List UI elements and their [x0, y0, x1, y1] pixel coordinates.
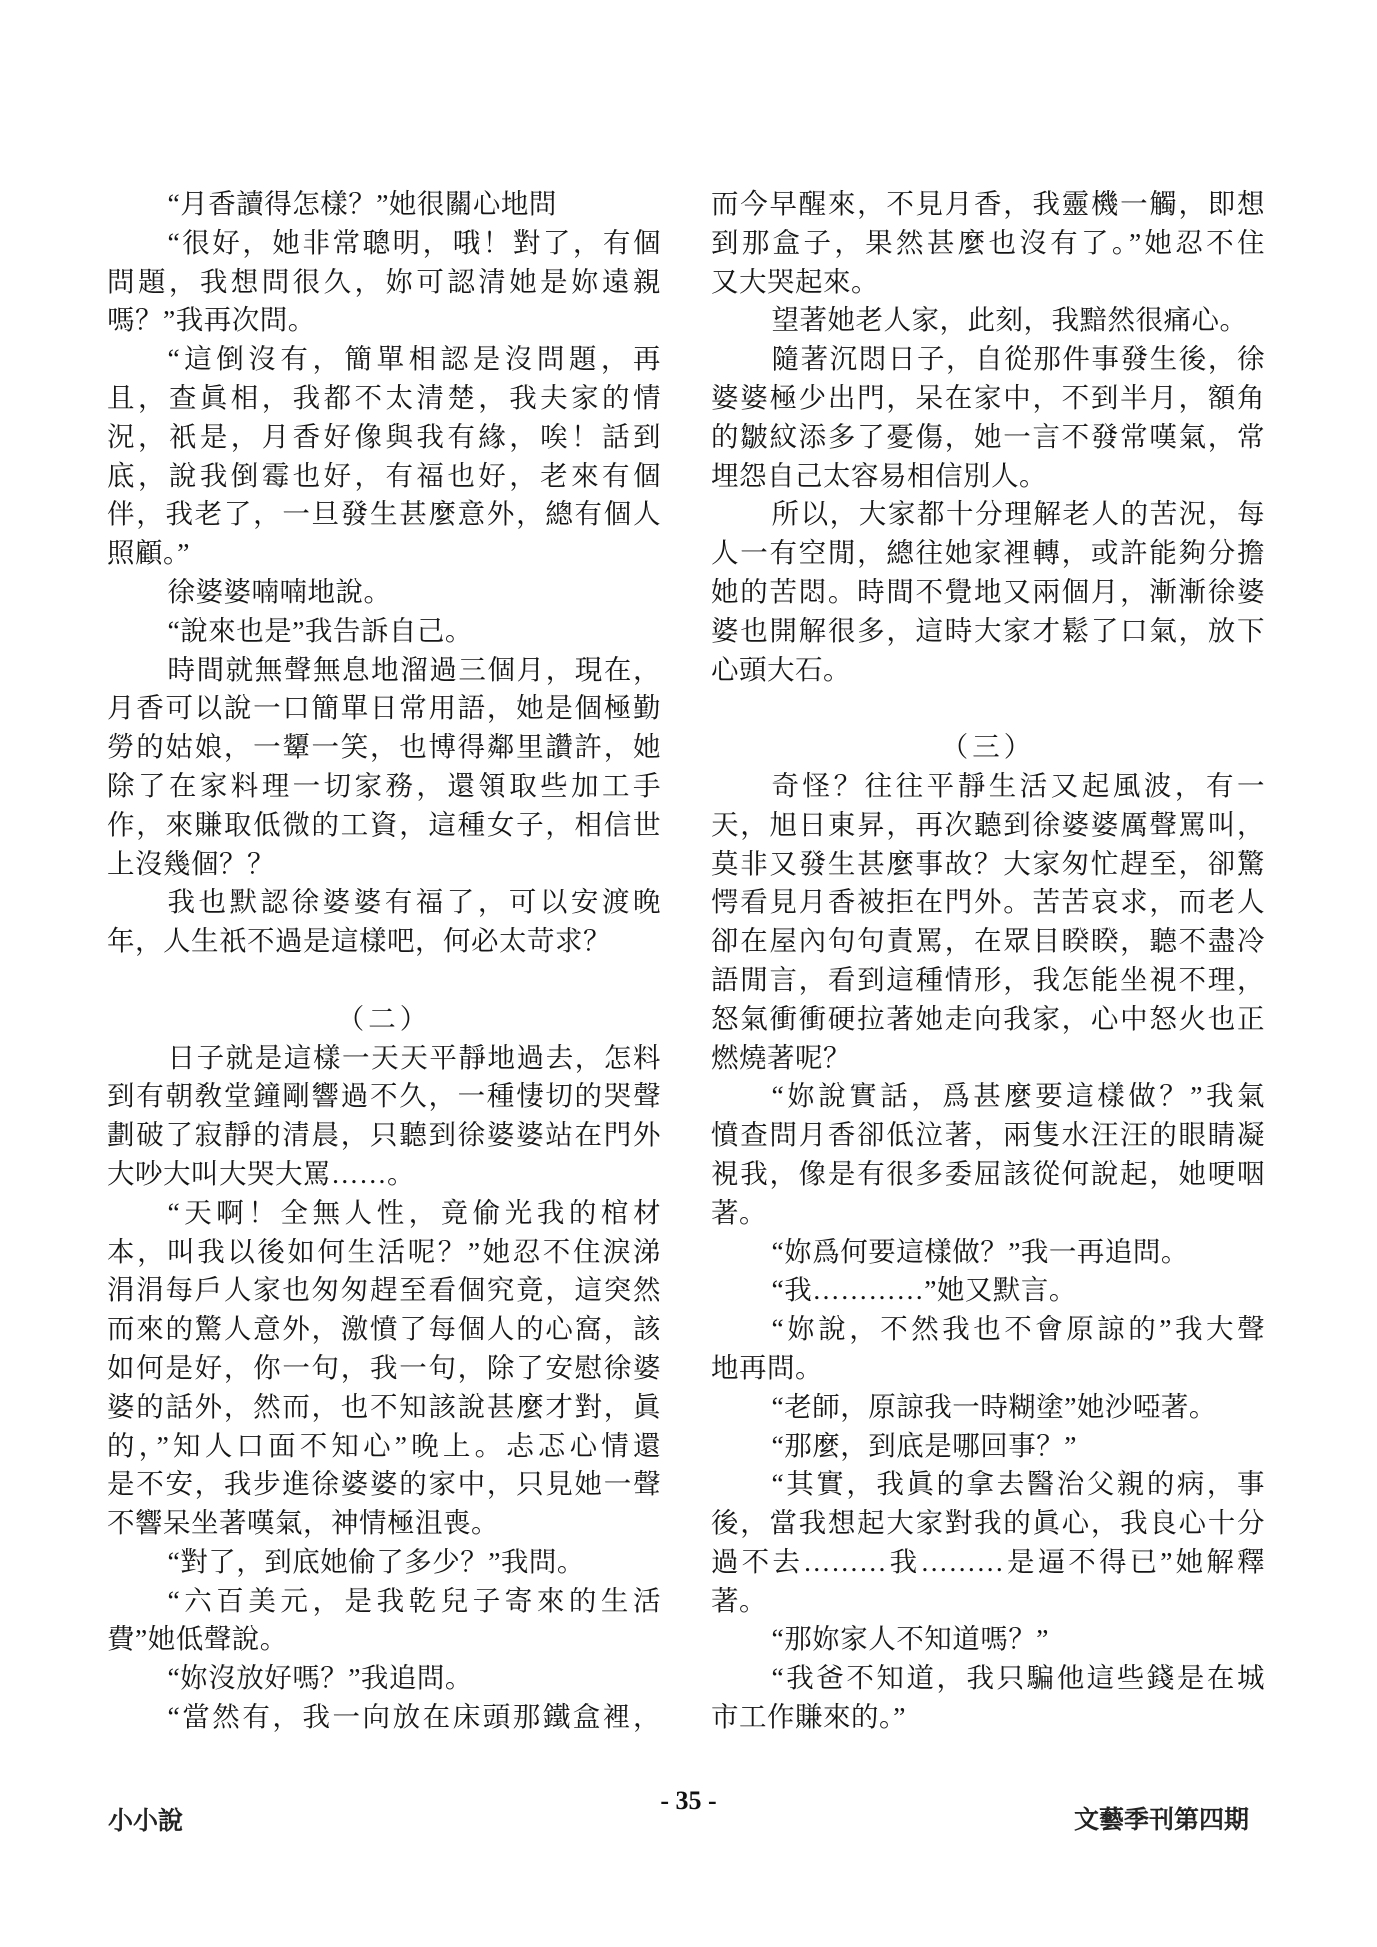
text-line: 況，祇是，月香好像與我有緣，唉！話到 [107, 418, 661, 457]
text-line: 婆也開解很多，這時大家才鬆了口氣，放下 [711, 612, 1265, 651]
text-column-left: “月香讀得怎樣？”她很關心地問“很好，她非常聰明，哦！對了，有個問題，我想問很久… [107, 185, 661, 1737]
text-line: 勞的姑娘，一顰一笑，也博得鄰里讚許，她 [107, 728, 661, 767]
text-line: 著。 [711, 1582, 1265, 1621]
section-heading: （三） [711, 728, 1265, 767]
text-line: “很好，她非常聰明，哦！對了，有個 [107, 224, 661, 263]
blank-line [107, 961, 661, 1000]
text-line: 月香可以說一口簡單日常用語，她是個極勤 [107, 689, 661, 728]
text-line: 我也默認徐婆婆有福了，可以安渡晚 [107, 883, 661, 922]
text-line: “六百美元，是我乾兒子寄來的生活 [107, 1582, 661, 1621]
text-line: 如何是好，你一句，我一句，除了安慰徐婆 [107, 1349, 661, 1388]
section-heading: （二） [107, 1000, 661, 1039]
text-line: 徐婆婆喃喃地說。 [107, 573, 661, 612]
text-line: 作，來賺取低微的工資，這種女子，相信世 [107, 806, 661, 845]
text-line: 著。 [711, 1194, 1265, 1233]
text-line: 照顧。” [107, 534, 661, 573]
text-line: “妳說實話，爲甚麼要這樣做？”我氣 [711, 1077, 1265, 1116]
text-line: 到那盒子，果然甚麼也沒有了。”她忍不住 [711, 224, 1265, 263]
magazine-page: “月香讀得怎樣？”她很關心地問“很好，她非常聰明，哦！對了，有個問題，我想問很久… [0, 0, 1377, 1947]
text-line: 埋怨自己太容易相信別人。 [711, 457, 1265, 496]
text-line: 語閒言，看到這種情形，我怎能坐視不理， [711, 961, 1265, 1000]
text-line: 且，查眞相，我都不太清楚，我夫家的情 [107, 379, 661, 418]
text-line: 天，旭日東昇，再次聽到徐婆婆厲聲罵叫， [711, 806, 1265, 845]
text-line: 費”她低聲說。 [107, 1620, 661, 1659]
text-line: 是不安，我步進徐婆婆的家中，只見她一聲 [107, 1465, 661, 1504]
text-line: 而今早醒來，不見月香，我靈機一觸，即想 [711, 185, 1265, 224]
text-line: 地再問。 [711, 1349, 1265, 1388]
text-line: 過不去………我………是逼不得已”她解釋 [711, 1543, 1265, 1582]
text-line: 後，當我想起大家對我的眞心，我良心十分 [711, 1504, 1265, 1543]
text-line: 年，人生祇不過是這樣吧，何必太苛求？ [107, 922, 661, 961]
text-line: “說來也是”我告訴自己。 [107, 612, 661, 651]
text-line: 的皺紋添多了憂傷，她一言不發常嘆氣，常 [711, 418, 1265, 457]
text-line: 又大哭起來。 [711, 263, 1265, 302]
text-line: 問題，我想問很久，妳可認清她是妳遠親 [107, 263, 661, 302]
text-line: 望著她老人家，此刻，我黯然很痛心。 [711, 301, 1265, 340]
text-line: 愕看見月香被拒在門外。苦苦哀求，而老人 [711, 883, 1265, 922]
text-line: “其實，我眞的拿去醫治父親的病，事 [711, 1465, 1265, 1504]
text-line: 上沒幾個？？ [107, 845, 661, 884]
text-line: “妳爲何要這樣做？”我一再追問。 [711, 1233, 1265, 1272]
text-line: 不響呆坐著嘆氣，神情極沮喪。 [107, 1504, 661, 1543]
text-line: 而來的驚人意外，激憤了每個人的心窩，該 [107, 1310, 661, 1349]
text-line: 所以，大家都十分理解老人的苦況，每 [711, 495, 1265, 534]
text-line: 到有朝敎堂鐘剛響過不久，一種悽切的哭聲 [107, 1077, 661, 1116]
blank-line [711, 689, 1265, 728]
text-line: 底，說我倒霉也好，有福也好，老來有個 [107, 457, 661, 496]
text-line: 隨著沉悶日子，自從那件事發生後，徐 [711, 340, 1265, 379]
text-line: “我…………”她又默言。 [711, 1271, 1265, 1310]
text-line: 劃破了寂靜的清晨，只聽到徐婆婆站在門外 [107, 1116, 661, 1155]
text-line: 伴，我老了，一旦發生甚麼意外，總有個人 [107, 495, 661, 534]
text-line: 市工作賺來的。” [711, 1698, 1265, 1737]
text-line: 除了在家料理一切家務，還領取些加工手 [107, 767, 661, 806]
text-column-right: 而今早醒來，不見月香，我靈機一觸，即想到那盒子，果然甚麼也沒有了。”她忍不住又大… [711, 185, 1265, 1737]
text-line: “當然有，我一向放在床頭那鐵盒裡， [107, 1698, 661, 1737]
text-line: “天啊！全無人性，竟偷光我的棺材 [107, 1194, 661, 1233]
text-line: “妳沒放好嗎？”我追問。 [107, 1659, 661, 1698]
text-line: “那妳家人不知道嗎？” [711, 1620, 1265, 1659]
footer-journal-label: 文藝季刊第四期 [1074, 1800, 1249, 1836]
text-line: 奇怪？往往平靜生活又起風波，有一 [711, 767, 1265, 806]
text-line: “這倒沒有，簡單相認是沒問題，再 [107, 340, 661, 379]
text-line: 本，叫我以後如何生活呢？”她忍不住淚涕 [107, 1233, 661, 1272]
text-line: 婆的話外，然而，也不知該說甚麼才對，眞 [107, 1388, 661, 1427]
text-line: 莫非又發生甚麼事故？大家匆忙趕至，卻驚 [711, 845, 1265, 884]
text-line: 的，”知人口面不知心”晚上。忐忑心情還 [107, 1427, 661, 1466]
text-line: 她的苦悶。時間不覺地又兩個月，漸漸徐婆 [711, 573, 1265, 612]
text-line: “妳說，不然我也不會原諒的”我大聲 [711, 1310, 1265, 1349]
text-line: 時間就無聲無息地溜過三個月，現在， [107, 651, 661, 690]
text-line: 人一有空閒，總往她家裡轉，或許能夠分擔 [711, 534, 1265, 573]
text-line: 卻在屋內句句責罵，在眾目睽睽，聽不盡冷 [711, 922, 1265, 961]
text-line: “月香讀得怎樣？”她很關心地問 [107, 185, 661, 224]
text-line: “那麼，到底是哪回事？” [711, 1427, 1265, 1466]
text-line: 憤查問月香卻低泣著，兩隻水汪汪的眼睛凝 [711, 1116, 1265, 1155]
text-line: 婆婆極少出門，呆在家中，不到半月，額角 [711, 379, 1265, 418]
text-line: “對了，到底她偷了多少？”我問。 [107, 1543, 661, 1582]
text-line: 涓涓每戶人家也匆匆趕至看個究竟，這突然 [107, 1271, 661, 1310]
text-line: 視我，像是有很多委屈該從何說起，她哽咽 [711, 1155, 1265, 1194]
text-line: 日子就是這樣一天天平靜地過去，怎料 [107, 1039, 661, 1078]
text-line: “我爸不知道，我只騙他這些錢是在城 [711, 1659, 1265, 1698]
text-line: 燃燒著呢？ [711, 1039, 1265, 1078]
text-line: 心頭大石。 [711, 651, 1265, 690]
text-line: 嗎？”我再次問。 [107, 301, 661, 340]
text-line: “老師，原諒我一時糊塗”她沙啞著。 [711, 1388, 1265, 1427]
text-line: 怒氣衝衝硬拉著她走向我家，心中怒火也正 [711, 1000, 1265, 1039]
text-line: 大吵大叫大哭大罵……。 [107, 1155, 661, 1194]
